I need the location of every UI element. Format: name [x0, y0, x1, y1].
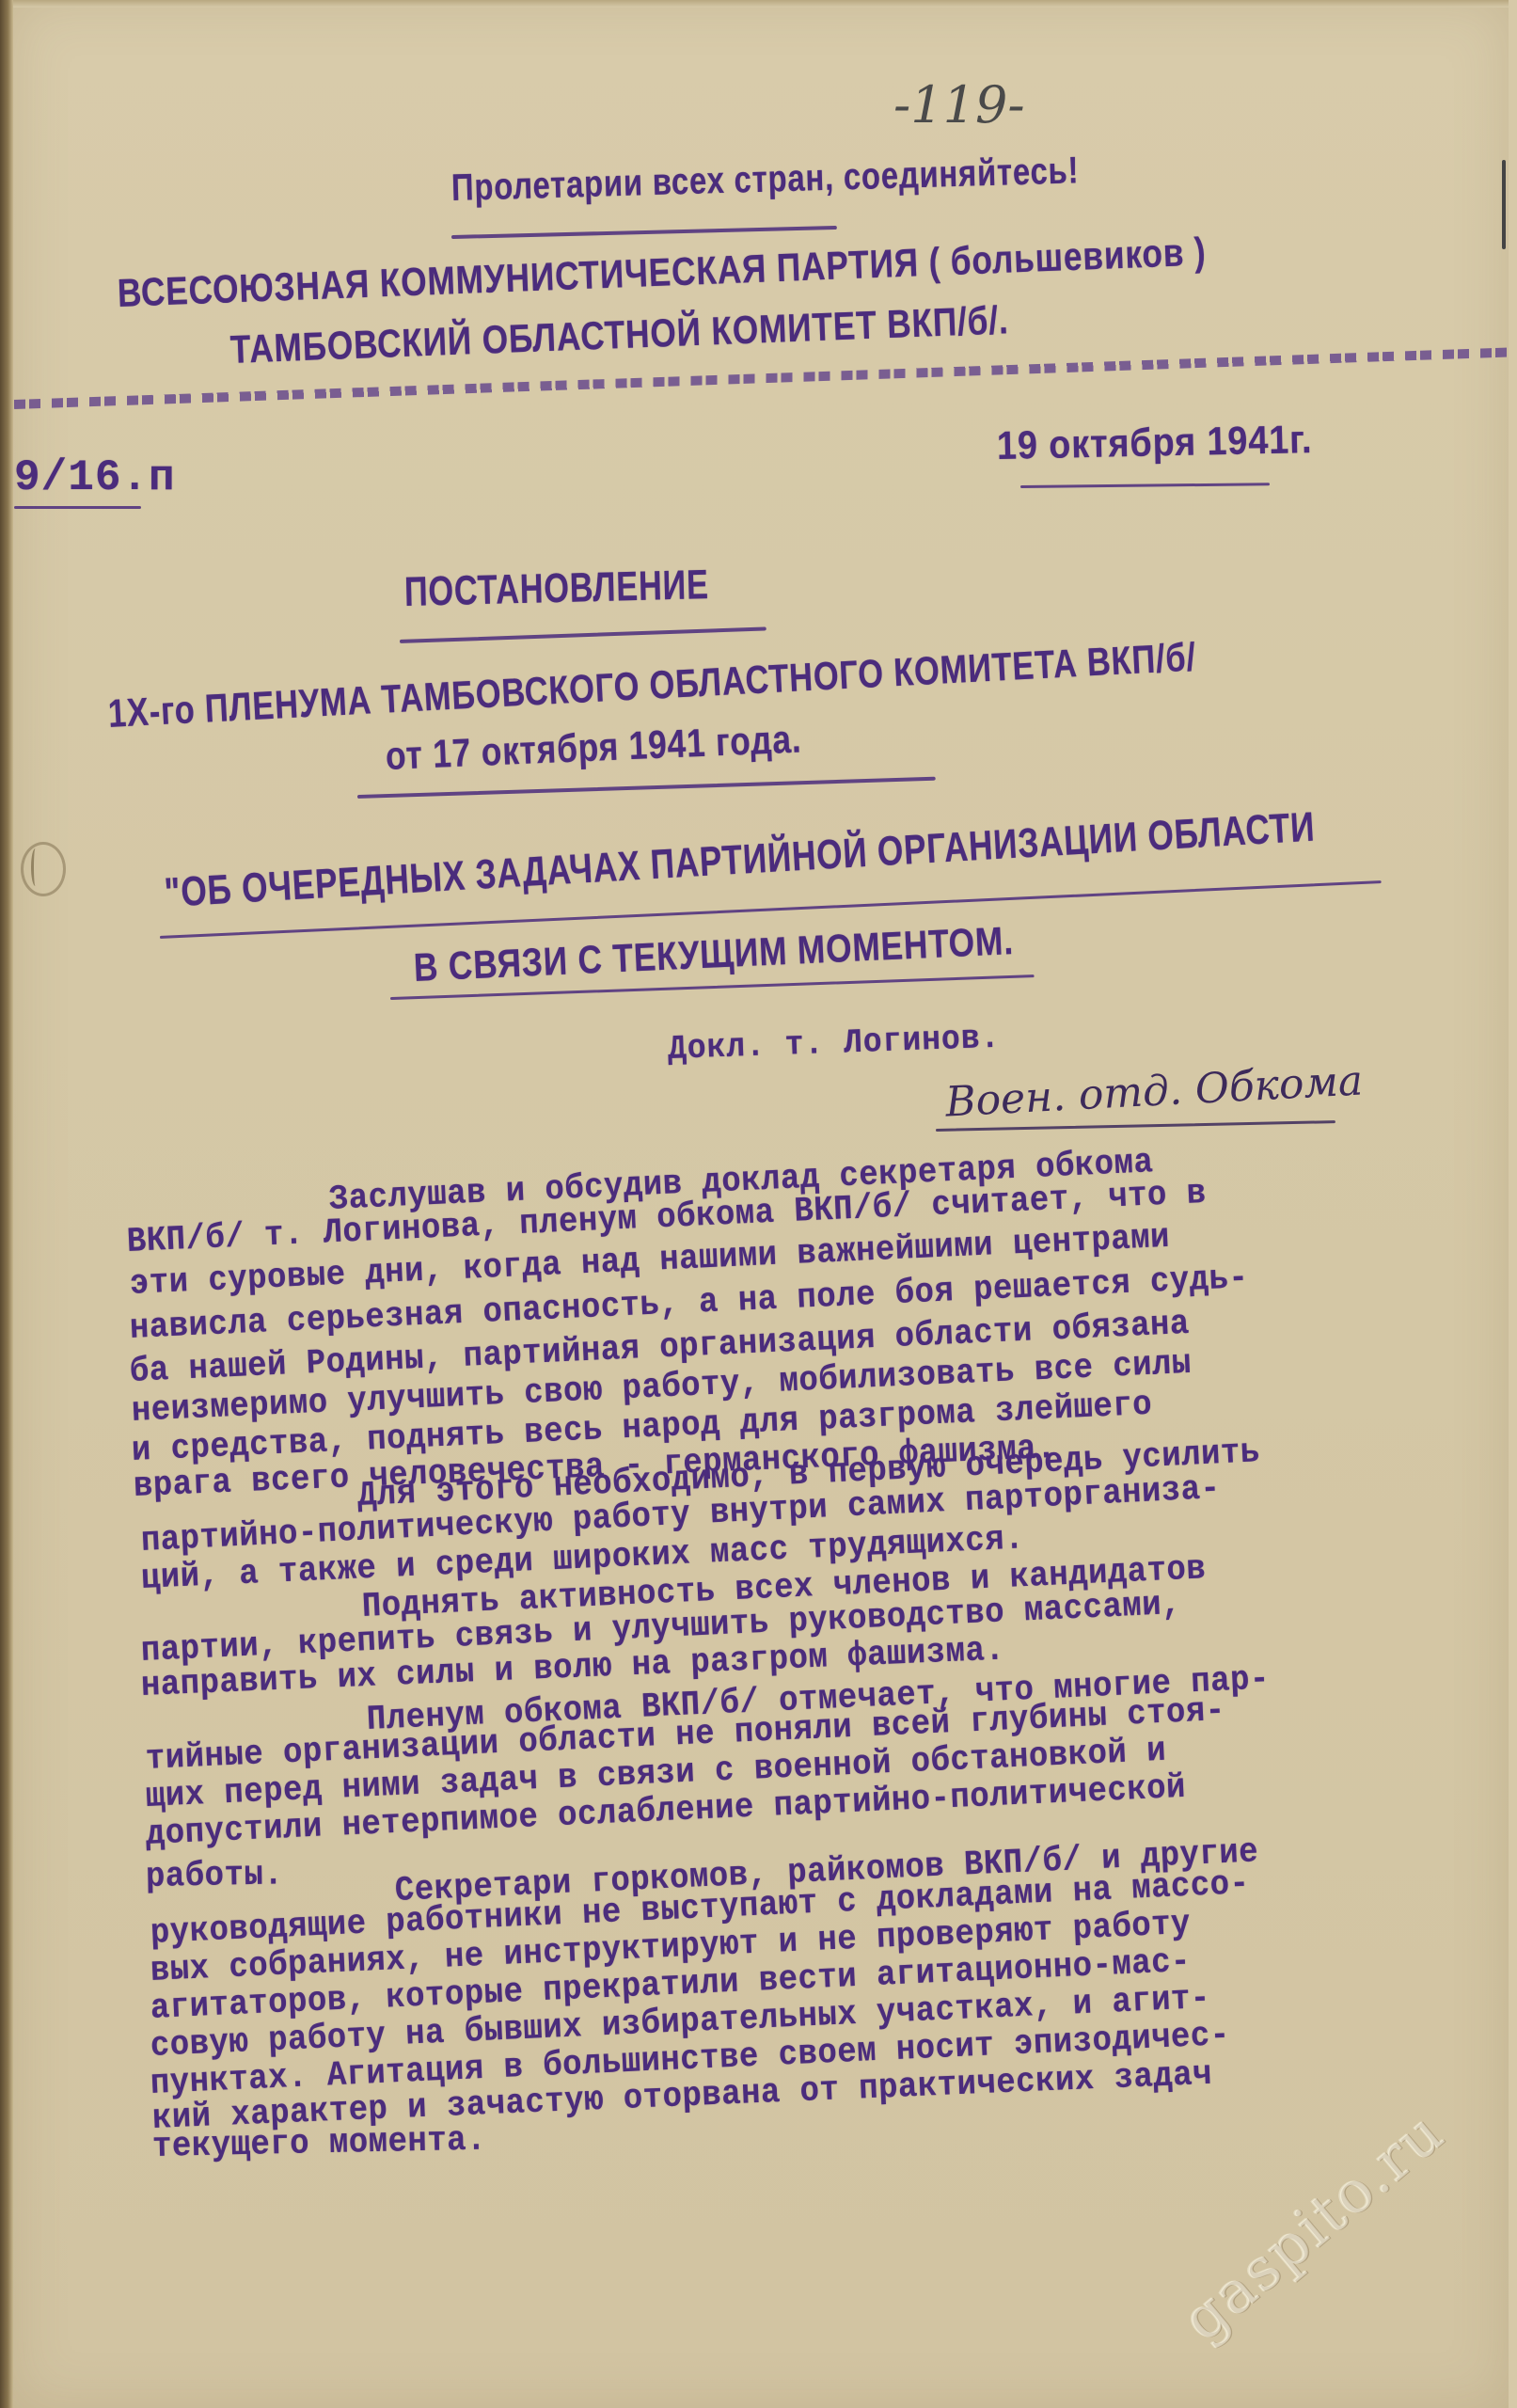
margin-pencil-mark: [1502, 160, 1506, 249]
binding-edge: [0, 0, 13, 2408]
page-number: -119-: [893, 75, 1025, 135]
reference-underline: [14, 506, 141, 509]
body-line: работы.: [146, 1855, 284, 1897]
document-date: 19 октября 1941г.: [996, 417, 1312, 468]
page-top-edge: [13, 0, 1509, 8]
document-type: ПОСТАНОВЛЕНИЕ: [403, 562, 709, 616]
hole-punch-icon: [21, 842, 66, 896]
body-line: текущего момента.: [152, 2121, 487, 2167]
reference-number: 9/16.п: [14, 453, 176, 502]
